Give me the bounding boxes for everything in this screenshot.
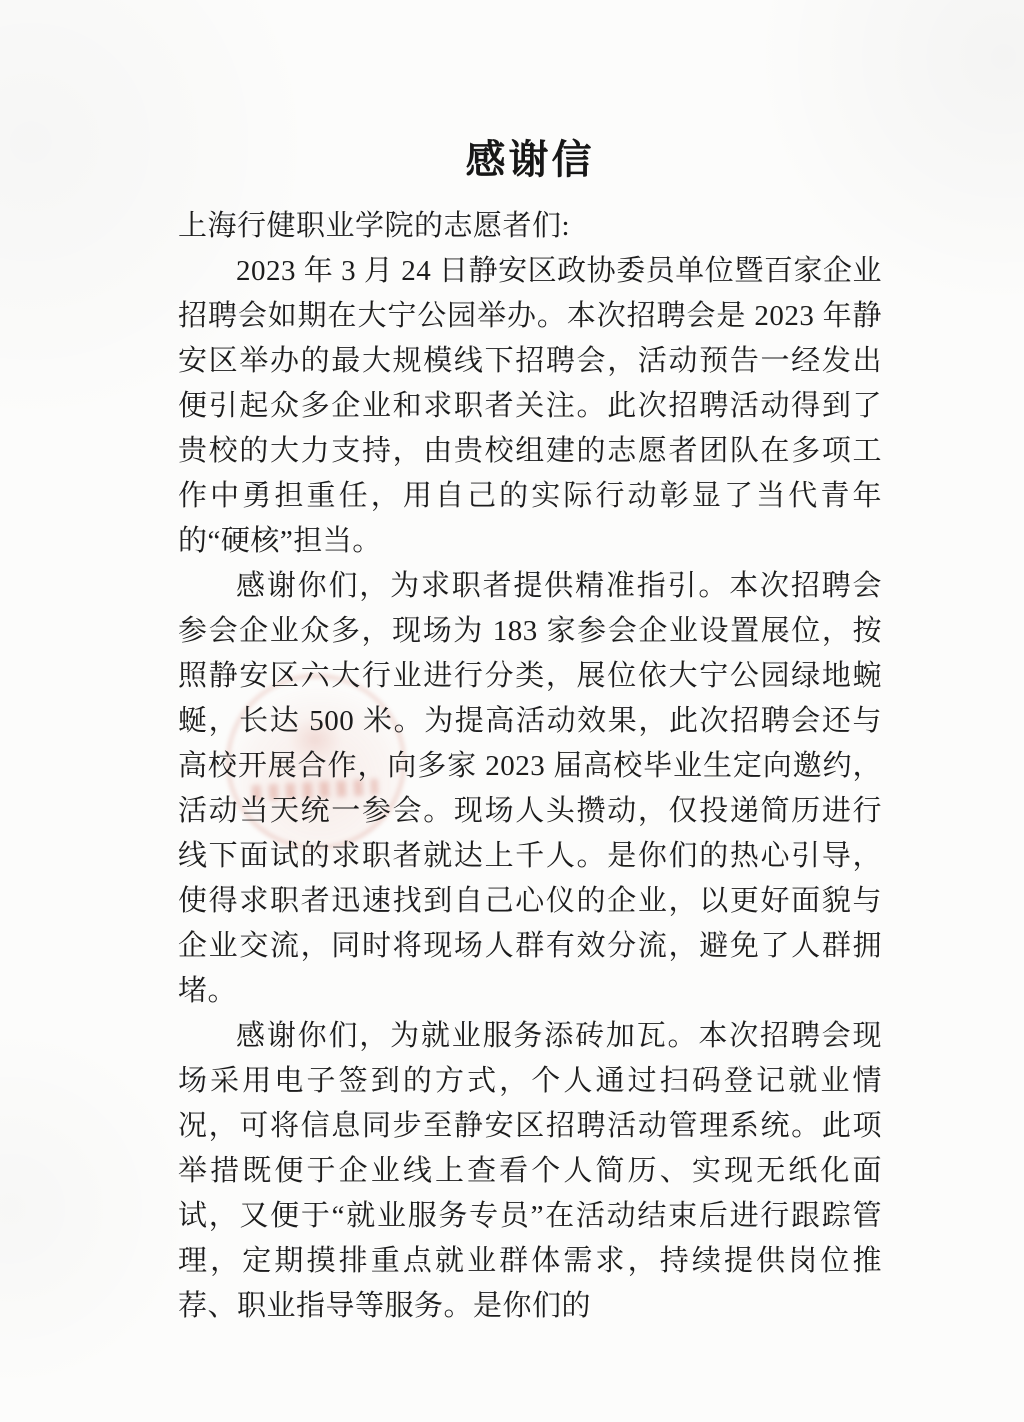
letter-body: 感谢信 上海行健职业学院的志愿者们: 2023 年 3 月 24 日静安区政协委… (178, 136, 882, 1329)
letter-salutation: 上海行健职业学院的志愿者们: (178, 204, 882, 249)
letter-paragraph-3: 感谢你们，为就业服务添砖加瓦。本次招聘会现场采用电子签到的方式，个人通过扫码登记… (178, 1014, 882, 1329)
letter-title: 感谢信 (178, 136, 882, 184)
scanned-letter-page: 感谢信 上海行健职业学院的志愿者们: 2023 年 3 月 24 日静安区政协委… (0, 0, 1024, 1422)
letter-paragraph-2: 感谢你们，为求职者提供精准指引。本次招聘会参会企业众多，现场为 183 家参会企… (178, 564, 882, 1014)
letter-paragraph-1: 2023 年 3 月 24 日静安区政协委员单位暨百家企业招聘会如期在大宁公园举… (178, 249, 882, 564)
